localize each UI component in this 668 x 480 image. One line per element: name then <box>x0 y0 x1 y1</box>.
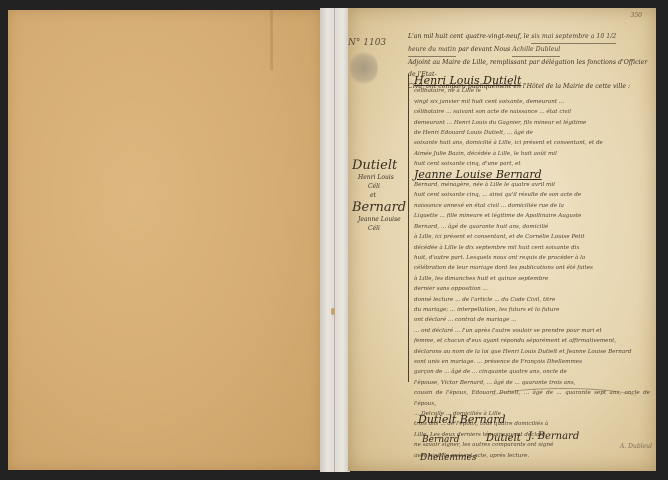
closing-flourish <box>488 388 638 409</box>
date-fill: six mai septembre a 10 1/2 <box>531 31 616 44</box>
body-line: ... ont déclaré ... l'un après l'autre v… <box>414 326 650 336</box>
body-line: Aimée Julie Bazin, décédée à Lille, le h… <box>414 149 650 159</box>
body-line: du mariage; ... interpellation, les futu… <box>414 305 650 315</box>
body-line: Bernard, ménagère, née à Lille le quatre… <box>414 180 650 190</box>
margin-note-line: et <box>352 191 406 200</box>
body-line: huit, d'autre part. Lesquels nous ont re… <box>414 253 650 263</box>
margin-rule <box>408 74 409 382</box>
margin-note-line: Henri Louis <box>352 173 406 182</box>
body-line: l'épouse, Victor Bernard, ... âgé de ...… <box>414 378 650 388</box>
body-line: sont unis en mariage. ... présence de Fr… <box>414 357 650 367</box>
header-line-1: L'an mil huit cent quatre-vingt-neuf, le… <box>408 31 653 44</box>
seal-stamp-icon <box>350 50 378 86</box>
document-scan: 350 N° 1103 L'an mil huit cent quatre-vi… <box>0 0 668 480</box>
body-line: Liquette ... fille mineure et légitime d… <box>414 211 650 221</box>
page-number: 350 <box>631 12 642 19</box>
signatures-block: Dutielt Bernard Bernard Dutielt J. Berna… <box>408 413 648 473</box>
signature: Dutielt <box>486 433 521 444</box>
body-line: à Lille, les dimanches huit et quinze se… <box>414 274 650 284</box>
body-line: demeurant ... Henri Louis du Gagnier, fi… <box>414 118 650 128</box>
body-line: célébration de leur mariage dont les pub… <box>414 263 650 273</box>
margin-note-line: Bernard <box>352 200 406 215</box>
body-line: huit cent soixante cinq, ... ainsi qu'il… <box>414 190 650 200</box>
officer-fill: Achille Dubleul <box>512 44 560 57</box>
margin-note-line: Dutielt <box>352 158 406 173</box>
body-line: garçon de ... âgé de ... cinquante quatr… <box>414 367 650 377</box>
margin-note: Dutielt Henri Louis Céli et Bernard Jean… <box>352 158 406 233</box>
body-line: dernier sans opposition ... <box>414 284 650 294</box>
act-number: N° 1103 <box>348 38 386 48</box>
cover-crease <box>270 10 273 70</box>
groom-name: Henri Louis Dutielt <box>414 76 650 86</box>
margin-note-line: Jeanne Louise <box>352 215 406 224</box>
signature: Bernard <box>422 435 459 445</box>
spine-fold-line <box>334 8 335 472</box>
body-line: de Henri Edouard Louis Dutielt, ... âgé … <box>414 128 650 138</box>
body-line: donné lecture ... de l'article ... du Co… <box>414 295 650 305</box>
signature: J. Bernard <box>528 431 579 442</box>
header-line-2: heure du matin par devant Nous Achille D… <box>408 44 653 57</box>
margin-note-line: Céli <box>352 182 406 191</box>
body-line: à Lille, ici présent et consentant, et d… <box>414 232 650 242</box>
spine-stain <box>331 308 335 315</box>
body-line: femme, et chacun d'eux ayant répondu sép… <box>414 336 650 346</box>
body-line: célibataire, né à Lille le <box>414 86 650 96</box>
body-line: naissance annexé en état civil ... domic… <box>414 201 650 211</box>
body-line: ont déclaré ... contrat de mariage ... <box>414 315 650 325</box>
register-page: 350 N° 1103 L'an mil huit cent quatre-vi… <box>348 8 656 471</box>
header-text: par devant Nous <box>458 46 510 53</box>
signature: Dhellemmes <box>420 453 476 463</box>
bride-name: Jeanne Louise Bernard <box>414 170 650 180</box>
body-line: soixante huit ans, domicilié à Lille, ic… <box>414 138 650 148</box>
body-line: Bernard, ... âgé de quarante huit ans, d… <box>414 222 650 232</box>
body-line: décédée à Lille le dix septembre mil hui… <box>414 243 650 253</box>
book-spine <box>320 8 350 472</box>
body-line: vingt six janvier mil huit cent soixante… <box>414 97 650 107</box>
time-fill: heure du matin <box>408 44 456 57</box>
header-text: L'an mil huit cent quatre-vingt-neuf, le <box>408 33 529 40</box>
signature: A. Dubleul <box>620 443 652 450</box>
margin-note-line: Céli <box>352 224 406 233</box>
blank-cover-page <box>8 10 322 470</box>
body-line: célibataire ... suivant son acte de nais… <box>414 107 650 117</box>
body-line: déclarons au nom de la loi que Henri Lou… <box>414 347 650 357</box>
signature: Dutielt Bernard <box>418 413 506 426</box>
